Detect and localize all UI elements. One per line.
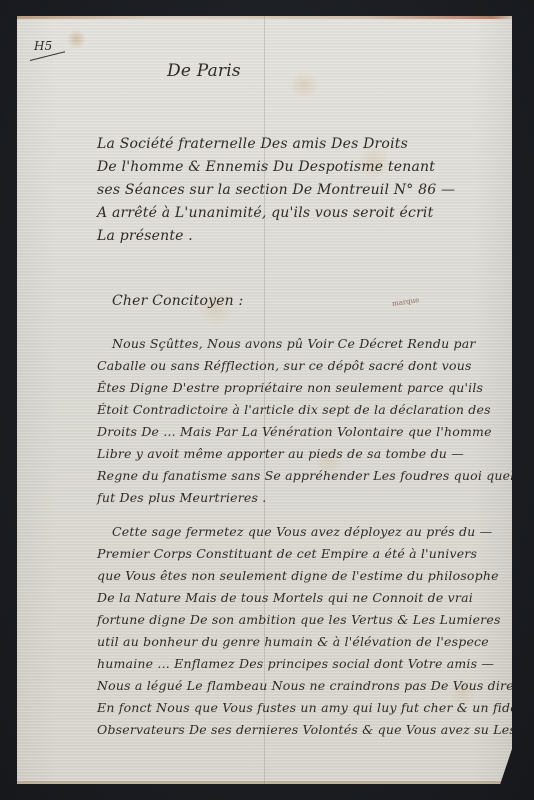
paragraph-line: Observateurs De ses dernieres Volontés &…: [97, 722, 516, 737]
preamble-line: La présente .: [97, 228, 193, 244]
paragraph-line: fut Des plus Meurtrieres .: [97, 490, 266, 505]
preamble-line: La Société fraternelle Des amis Des Droi…: [97, 136, 408, 152]
letter-heading: De Paris: [167, 61, 241, 81]
paragraph-line: Libre y avoit même apporter au pieds de …: [97, 446, 464, 461]
paragraph-line: Premier Corps Constituant de cet Empire …: [97, 546, 477, 561]
manuscript-page: H5 De Paris La Société fraternelle Des a…: [17, 16, 512, 784]
paragraph-line: Cette sage fermetez que Vous avez déploy…: [112, 524, 492, 539]
paragraph-line: Étoit Contradictoire à l'article dix sep…: [97, 402, 491, 417]
paragraph-line: En fonct Nous que Vous fustes un amy qui…: [97, 700, 534, 715]
paragraph-line: Caballe ou sans Réfflection, sur ce dépô…: [97, 358, 472, 373]
paragraph-line: Êtes Digne D'estre propriétaire non seul…: [97, 380, 483, 395]
preamble-line: ses Séances sur la section De Montreuil …: [97, 182, 455, 198]
paragraph-line: humaine ... Enflamez Des principes socia…: [97, 656, 494, 671]
paragraph-line: De la Nature Mais de tous Mortels qui ne…: [97, 590, 473, 605]
paragraph-line: fortune digne De son ambition que les Ve…: [97, 612, 501, 627]
paragraph-line: util au bonheur du genre humain & à l'él…: [97, 634, 489, 649]
paragraph-line: Regne du fanatisme sans Se appréhender L…: [97, 468, 514, 483]
preamble-line: A arrêté à L'unanimité, qu'ils vous sero…: [97, 205, 433, 221]
paragraph-line: Nous a légué Le flambeau Nous ne craindr…: [97, 678, 514, 693]
preamble-line: De l'homme & Ennemis Du Despotisme tenan…: [97, 159, 435, 175]
paragraph-line: que Vous êtes non seulement digne de l'e…: [97, 568, 499, 583]
salutation: Cher Concitoyen :: [112, 293, 243, 309]
marginal-stamp: marque: [392, 296, 420, 308]
folio-mark: H5: [34, 39, 53, 53]
paragraph-line: Nous Sçûttes, Nous avons pû Voir Ce Décr…: [112, 336, 476, 351]
paragraph-line: Droits De ... Mais Par La Vénération Vol…: [97, 424, 492, 439]
